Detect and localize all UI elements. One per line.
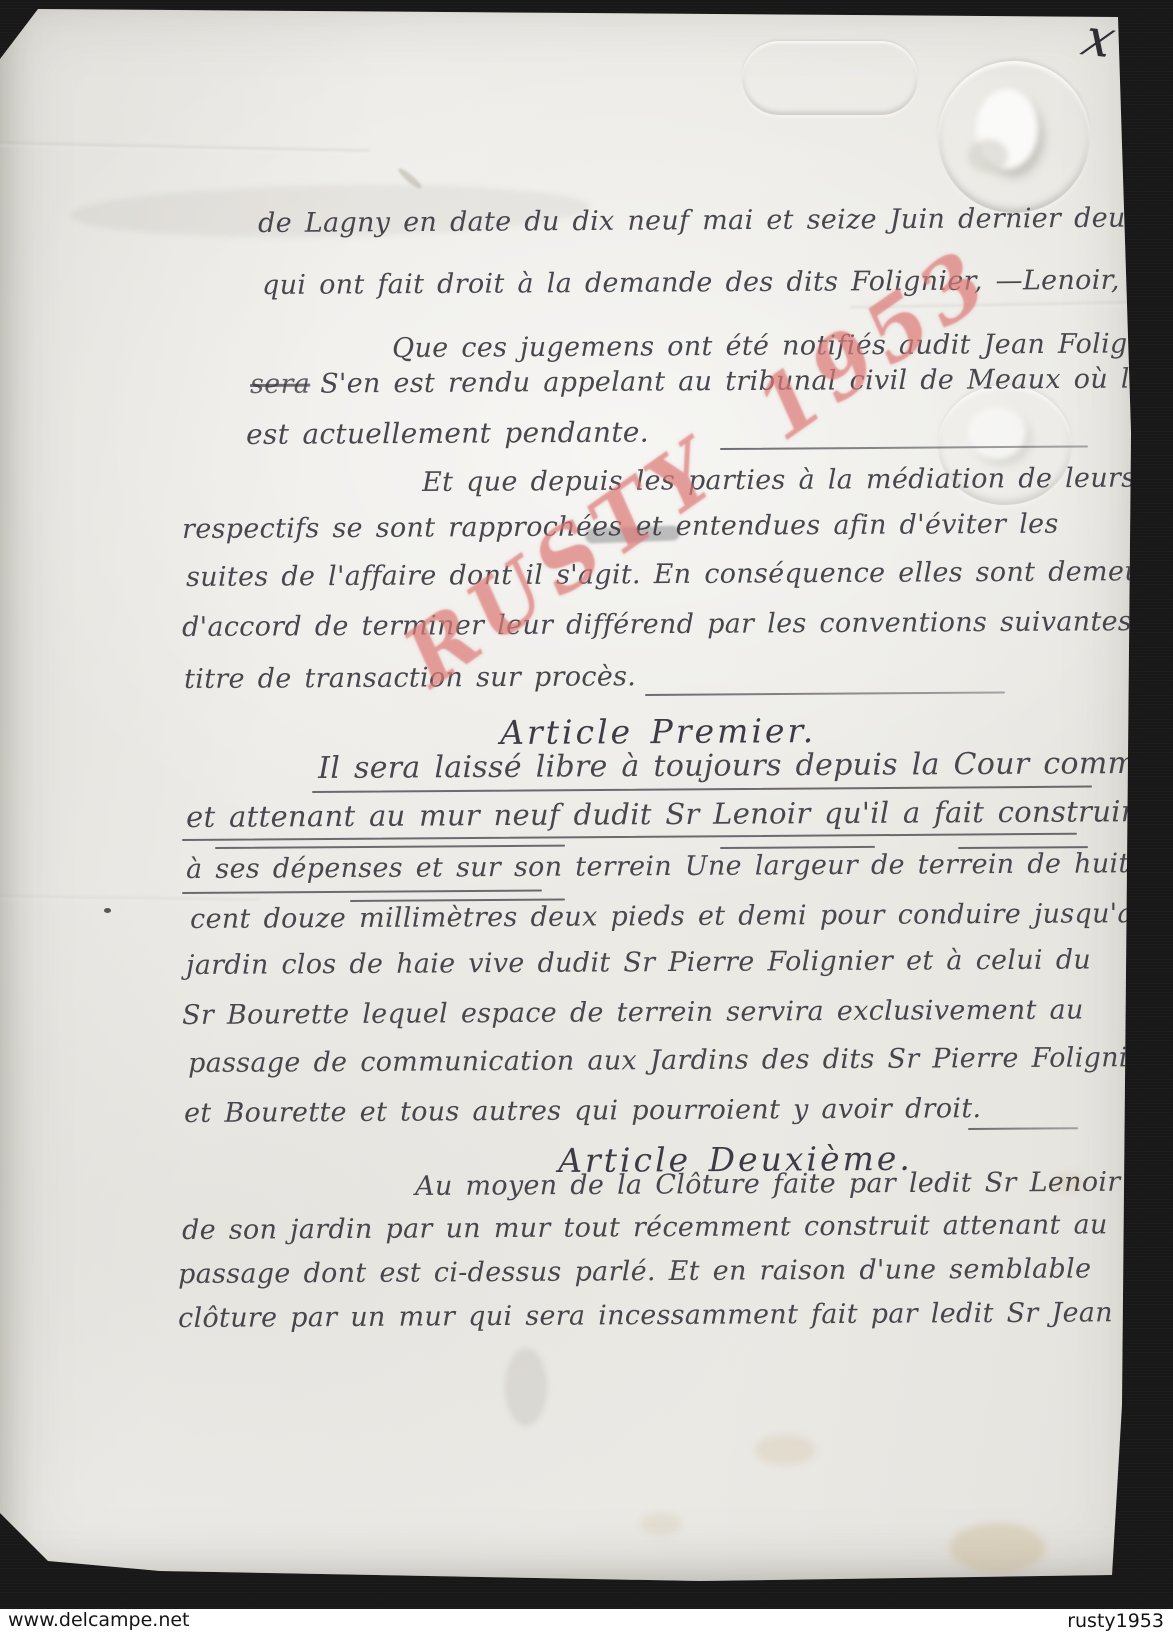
seal-relief-figure xyxy=(968,407,1026,459)
handwritten-underline xyxy=(182,889,542,894)
manuscript-line: passage dont est ci-dessus parlé. Et en … xyxy=(178,1253,1091,1290)
article-heading: Article Premier. xyxy=(500,711,816,752)
manuscript-line: cent douze millimètres deux pieds et dem… xyxy=(190,898,1152,935)
manuscript-line: jardin clos de haie vive dudit Sr Pierre… xyxy=(186,944,1091,981)
manuscript-line: de Lagny en date du dix neuf mai et seiz… xyxy=(258,202,1173,239)
stain xyxy=(755,1435,815,1465)
manuscript-line: de son jardin par un mur tout récemment … xyxy=(182,1209,1108,1246)
fold-crease xyxy=(0,894,260,904)
struck-word: sera xyxy=(250,369,310,400)
manuscript-line: passage de communication aux Jardins des… xyxy=(188,1042,1157,1079)
manuscript-line: à ses dépenses et sur son terrein Une la… xyxy=(186,848,1130,885)
manuscript-line: et attenant au mur neuf dudit Sr Lenoir … xyxy=(186,794,1153,834)
paper-sheet: de Lagny en date du dix neuf mai et seiz… xyxy=(0,3,1136,1583)
ink-showthrough xyxy=(505,1348,547,1426)
pencil-x-mark: x xyxy=(1065,9,1132,69)
manuscript-line: Et que depuis les parties à la médiation… xyxy=(422,462,1173,498)
manuscript-line: Sr Bourette lequel espace de terrein ser… xyxy=(182,994,1084,1031)
stain xyxy=(640,1513,682,1535)
ink-dot xyxy=(104,908,111,913)
handwritten-underline xyxy=(215,845,565,849)
manuscript-line: Au moyen de la Clôture faite par ledit S… xyxy=(415,1167,1121,1202)
watermark-seller: rusty1953 xyxy=(1067,1610,1164,1632)
manuscript-line: clôture par un mur qui sera incessamment… xyxy=(178,1297,1113,1334)
manuscript-line: Il sera laissé libre à toujours depuis l… xyxy=(318,746,1173,786)
handwritten-rule xyxy=(645,691,1005,696)
manuscript-line: d'accord de terminer leur différend par … xyxy=(182,606,1161,643)
handwritten-underline xyxy=(720,846,875,849)
handwritten-underline xyxy=(182,833,1077,841)
handwritten-underline xyxy=(312,786,1092,793)
embossed-pill-stamp xyxy=(742,41,918,115)
seal-relief-figure xyxy=(968,139,1008,173)
scanned-document-photo: { "scan": { "corner_mark": "x", "stamp":… xyxy=(0,0,1173,1632)
manuscript-line: et Bourette et tous autres qui pourroien… xyxy=(184,1093,981,1129)
manuscript-line: est actuellement pendante. xyxy=(246,416,649,451)
manuscript-line: qui ont fait droit à la demande des dits… xyxy=(262,264,1173,301)
stain xyxy=(950,1523,1045,1573)
manuscript-line: suites de l'affaire dont il s'agit. En c… xyxy=(186,556,1173,593)
manuscript-line: titre de transaction sur procès. xyxy=(184,661,636,695)
embossed-round-seal-upper xyxy=(938,61,1090,213)
watermark-strip: www.delcampe.net rusty1953 xyxy=(0,1609,1173,1632)
fold-crease xyxy=(0,141,370,155)
handwritten-rule xyxy=(968,1127,1078,1130)
watermark-site: www.delcampe.net xyxy=(8,1609,190,1631)
